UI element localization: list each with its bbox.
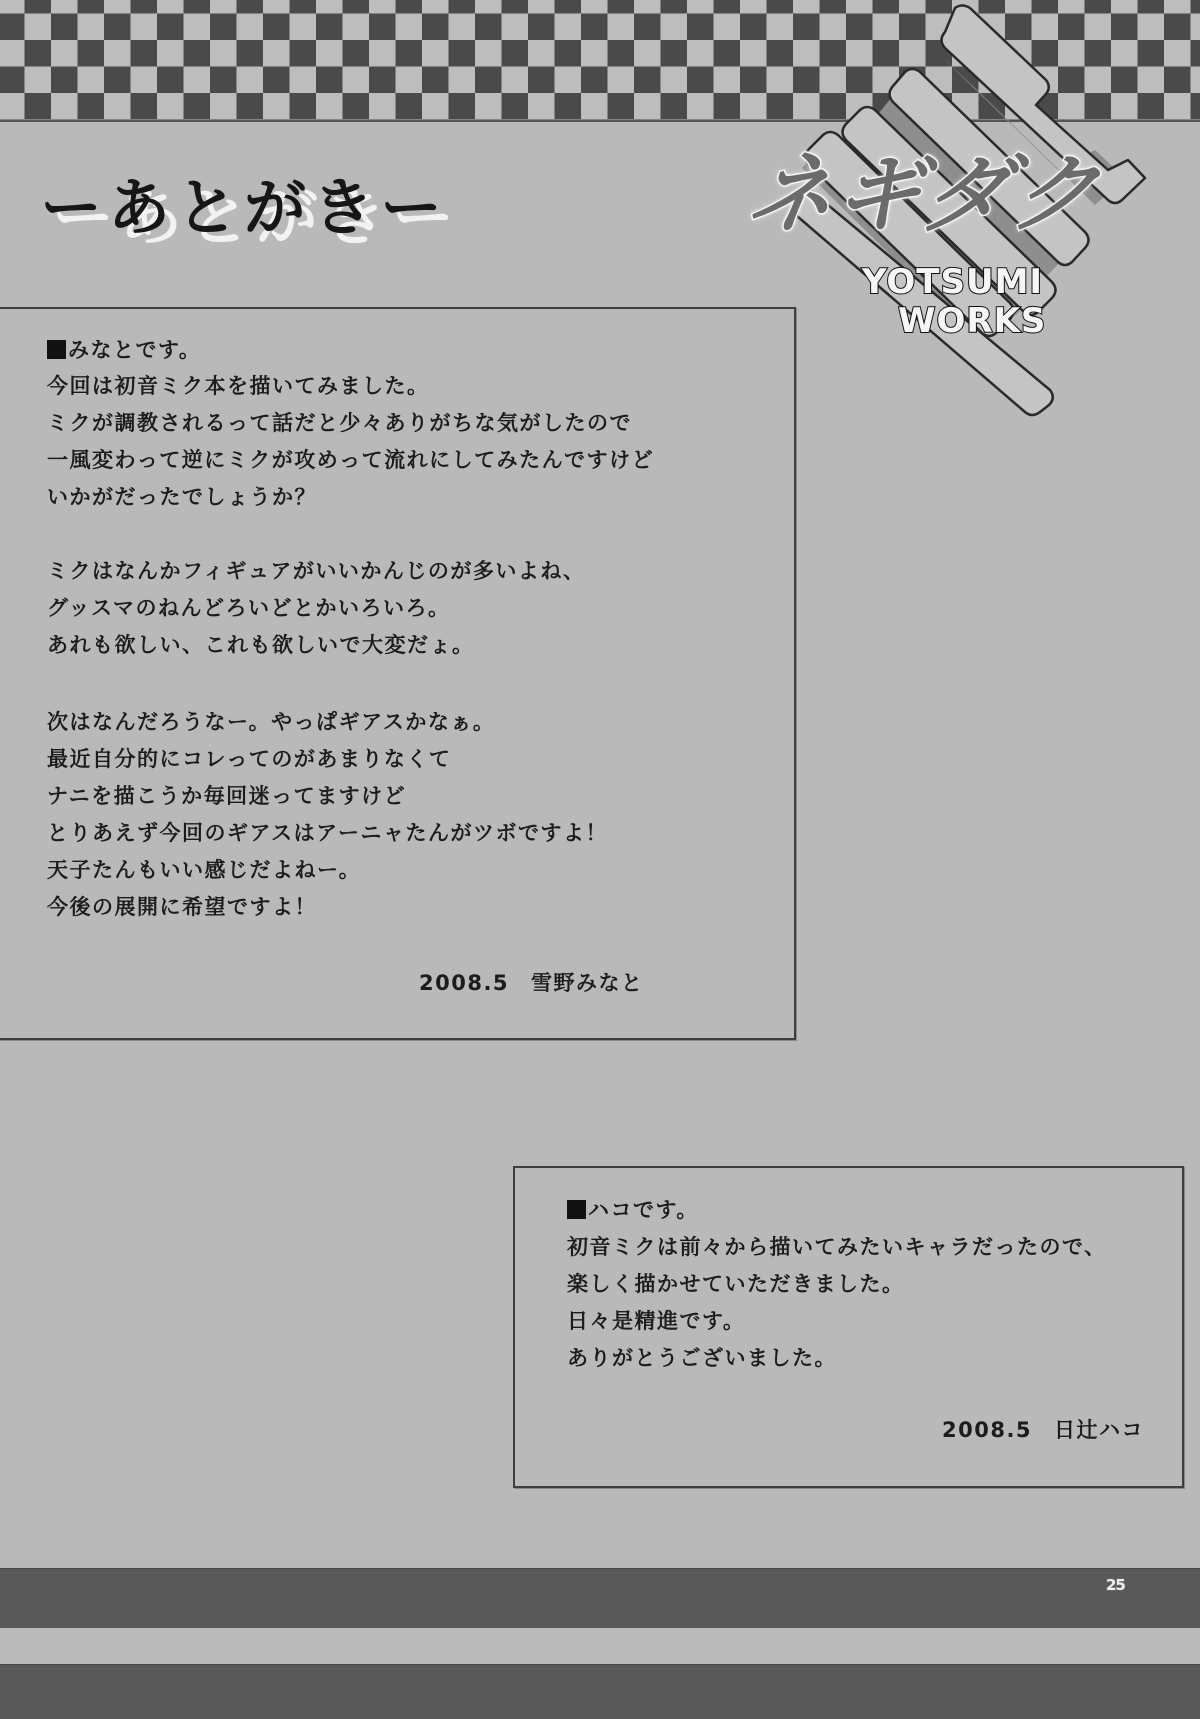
afterword-minato-line: 今回は初音ミク本を描いてみました。 — [47, 372, 430, 400]
signature-name: 日辻ハコ — [1054, 1418, 1144, 1442]
heading-text: みなとです。 — [68, 338, 201, 362]
afterword-minato-line: ナニを描こうか毎回迷ってますけど — [47, 782, 406, 810]
afterword-minato-line: 最近自分的にコレってのがあまりなくて — [47, 745, 451, 773]
afterword-minato-line: ミクが調教されるって話だと少々ありがちな気がしたので — [47, 409, 632, 437]
logo-subtitle-line2: WORKS — [898, 302, 1046, 340]
signature-name: 雪野みなと — [531, 971, 644, 995]
black-square-bullet-icon — [47, 340, 66, 359]
black-square-bullet-icon — [567, 1200, 586, 1219]
afterword-minato-line: 今後の展開に希望ですよ！ — [47, 893, 317, 921]
logo-subtitle-line1: YOTSUMI — [862, 263, 1043, 301]
heading-text: ハコです。 — [588, 1198, 699, 1222]
logo-title: ネギダク — [740, 140, 1107, 250]
afterword-minato-line: グッスマのねんどろいどとかいろいろ。 — [47, 594, 451, 622]
afterword-hako-signature: 2008.5日辻ハコ — [942, 1416, 1144, 1444]
afterword-hako-line: 日々是精進です。 — [567, 1307, 745, 1335]
afterword-minato-line: あれも欲しい、これも欲しいで大変だょ。 — [47, 631, 475, 659]
afterword-minato-line: 一風変わって逆にミクが攻めって流れにしてみたんですけど — [47, 446, 654, 474]
afterword-hako-line: ありがとうございました。 — [567, 1344, 837, 1372]
page-title-text: ーあとがきー — [40, 168, 448, 248]
afterword-minato-line: ミクはなんかフィギュアがいいかんじのが多いよね、 — [47, 557, 585, 585]
afterword-hako-line: 初音ミクは前々から描いてみたいキャラだったので、 — [567, 1233, 1107, 1261]
afterword-minato-line: 天子たんもいい感じだよねー。 — [47, 856, 361, 884]
checkerboard-header-pattern — [0, 0, 1200, 122]
afterword-minato-heading: みなとです。 — [47, 336, 201, 364]
afterword-hako-heading: ハコです。 — [567, 1196, 699, 1224]
signature-date: 2008.5 — [942, 1418, 1032, 1442]
signature-date: 2008.5 — [419, 971, 509, 995]
afterword-minato-line: 次はなんだろうなー。やっぱギアスかなぁ。 — [47, 708, 495, 736]
page-number: 25 — [1106, 1576, 1125, 1594]
afterword-minato-line: とりあえず今回のギアスはアーニャたんがツボですよ！ — [47, 819, 608, 847]
footer-stripe-dark-bottom — [0, 1664, 1200, 1719]
footer-stripe-light — [0, 1628, 1200, 1664]
footer-stripe-dark-top — [0, 1568, 1200, 1628]
afterword-hako-line: 楽しく描かせていただきました。 — [567, 1270, 905, 1298]
afterword-minato-signature: 2008.5雪野みなと — [419, 969, 644, 997]
afterword-minato-line: いかがだったでしょうか？ — [47, 483, 317, 511]
